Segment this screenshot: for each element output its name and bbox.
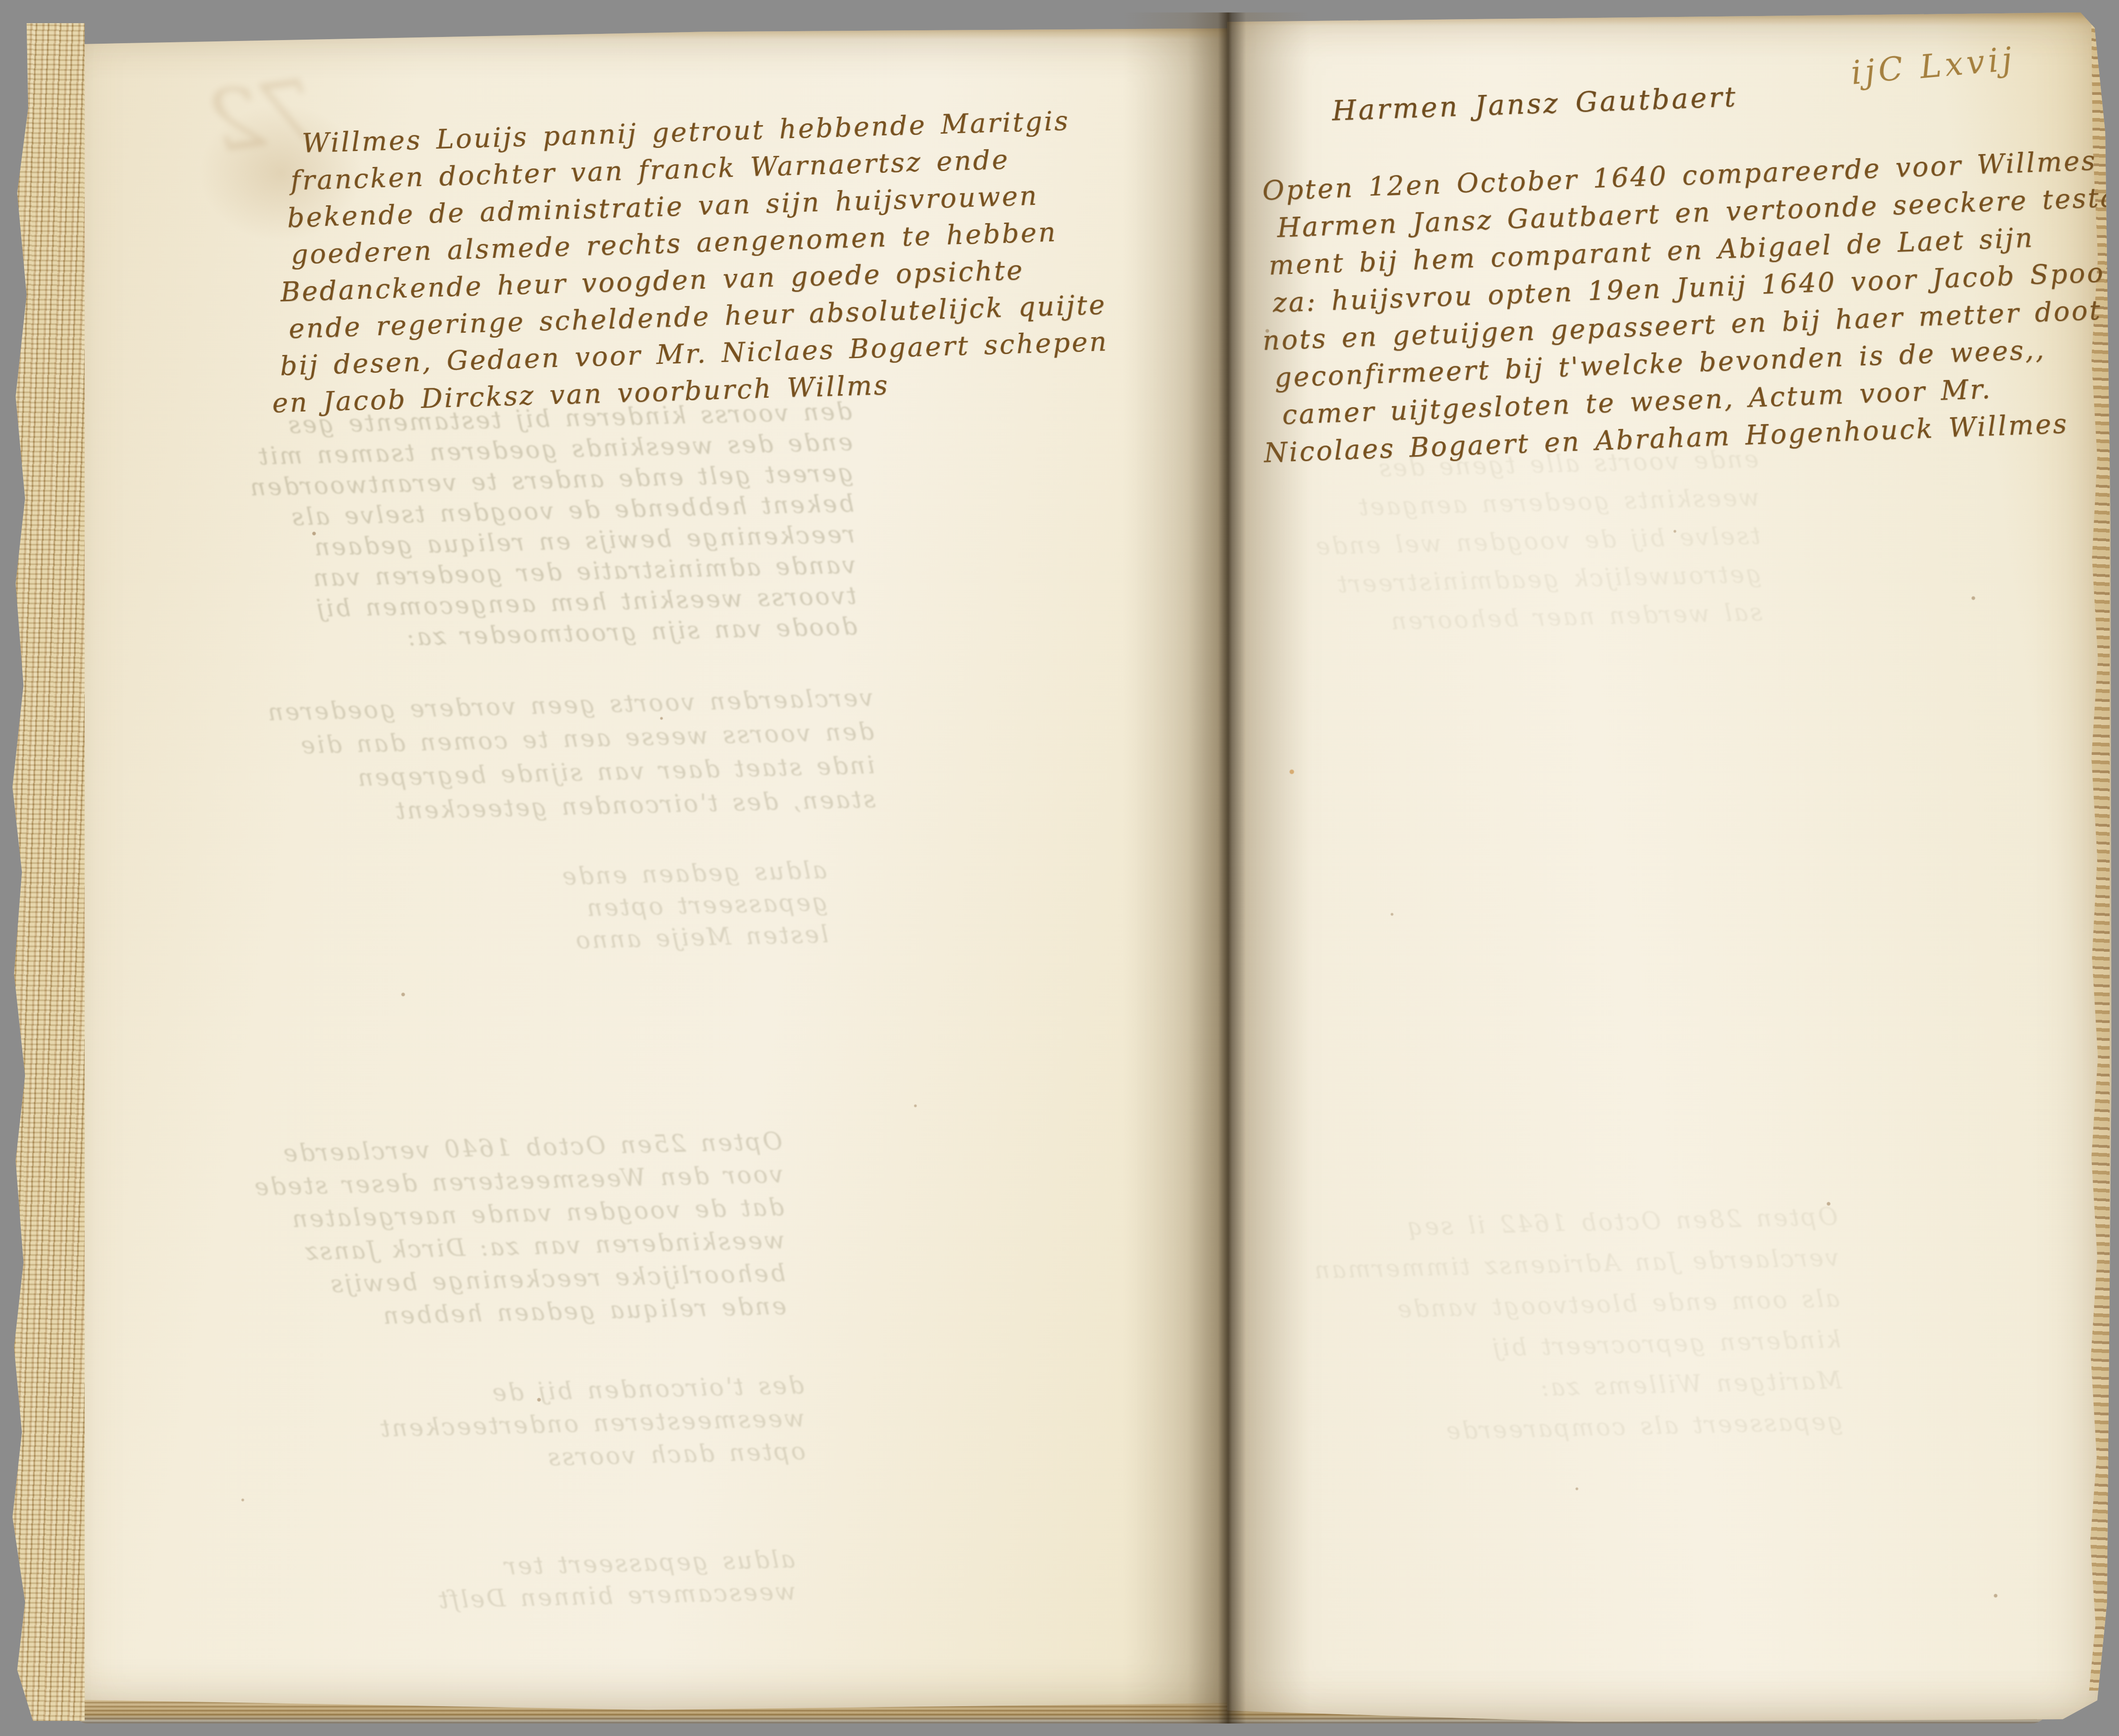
handwritten-line: weescamere binnen Delft xyxy=(437,1575,796,1616)
handwritten-line: behoorlijcke reeckeninge bewijs xyxy=(255,1256,786,1302)
handwritten-line: doode van sijn grootmoeder za: xyxy=(252,611,857,656)
left-page-entry-text: Willmes Louijs pannij getrout hebbende M… xyxy=(281,100,1158,422)
handwritten-line: ende des weeskinds goederen tsamen mit xyxy=(247,426,853,472)
bleedthrough-text: des t'oirconden bij deweesmeesteren onde… xyxy=(377,1369,806,1478)
handwritten-line: reeckeninge bewijs en reliqua gedaen xyxy=(249,518,855,564)
left-page: 72 Willmes Louijs pannij getrout hebbend… xyxy=(67,26,1229,1712)
handwritten-line: weeskinderen van za: Dirck Jansz xyxy=(254,1223,785,1269)
handwritten-line: inde staet daer van sijnde begrepen xyxy=(267,748,875,797)
bleedthrough-text: aldus gedaen endegepasseert optenlesten … xyxy=(560,854,829,957)
handwritten-line: kinderen geprocreert bij xyxy=(1314,1319,1841,1373)
handwritten-line: voor den Weesmeesteren deser stede xyxy=(253,1157,784,1203)
handwritten-line: opten dach voorss xyxy=(379,1434,806,1478)
handwritten-line: des t'oirconden bij de xyxy=(377,1369,804,1412)
handwritten-line: den voorss weese aen te comen dan die xyxy=(266,714,874,763)
bleedthrough-text: verclaerden voorts geen vordere goederen… xyxy=(265,681,876,831)
handwritten-line: Opten 28en Octob 1642 il seq xyxy=(1311,1196,1838,1250)
bleedthrough-text: Opten 25en Octob 1640 verclaerdevoor den… xyxy=(252,1125,787,1336)
bleedthrough-text: den voorss kinderen bij testamente gesen… xyxy=(246,395,857,656)
handwritten-line: Opten 25en Octob 1640 verclaerde xyxy=(252,1125,783,1171)
handwritten-line: verclaerden voorts geen vordere goederen xyxy=(265,681,873,729)
handwritten-line: tselve bij de voogden wel ende xyxy=(1314,517,1761,566)
bleedthrough-text: Opten 28en Octob 1642 il seqverclaerde J… xyxy=(1311,1196,1843,1455)
handwritten-line: tvoorss weeskint hem aengecomen bij xyxy=(251,580,857,625)
handwritten-line: lesten Meije anno xyxy=(562,918,829,957)
right-page-entry-text: Opten 12en October 1640 compareerde voor… xyxy=(1264,141,2119,471)
handwritten-line: gepasseert als compareerde xyxy=(1316,1401,1843,1455)
bleedthrough-text: ende voorts alle tgene desweeskints goed… xyxy=(1312,440,1763,642)
book-fore-edge-stack xyxy=(6,23,85,1721)
handwritten-line: sal werden naer behooren xyxy=(1315,593,1763,642)
manuscript-photo: 72 Willmes Louijs pannij getrout hebbend… xyxy=(0,0,2119,1736)
handwritten-line: vande administratie der goederen van xyxy=(250,549,856,595)
handwritten-line: verclaerde Jan Adriaensz timmerman xyxy=(1312,1237,1839,1291)
handwritten-line: getrouwelijck geadministreert xyxy=(1315,555,1762,604)
entry-header: Harmen Jansz Gautbaert xyxy=(1331,80,1738,127)
handwritten-line: bekent hebbende de voogden tselve als xyxy=(249,488,855,533)
handwritten-line: gereet gelt ende anders te verantwoorden xyxy=(248,457,854,502)
handwritten-line: gepasseert opten xyxy=(561,886,828,925)
handwritten-line: aldus gedaen ende xyxy=(560,854,827,893)
bleedthrough-text: aldus gepasseert terweescamere binnen De… xyxy=(436,1543,796,1616)
handwritten-line: ende reliqua gedaen hebben xyxy=(256,1289,787,1335)
handwritten-line: weesmeesteren onderteeckent xyxy=(378,1402,805,1445)
right-page: Harmen Jansz Gautbaert ijC Lxvij Opten 1… xyxy=(1227,12,2111,1723)
handwritten-line: Maritgen Willems za: xyxy=(1315,1360,1842,1414)
handwritten-line: als oom ende bloetvoogt vande xyxy=(1313,1278,1840,1332)
folio-number: ijC Lxvij xyxy=(1850,40,2017,92)
handwritten-line: staen, des t'oirconden geteeckent xyxy=(268,782,876,831)
handwritten-line: weeskints goederen aengaet xyxy=(1313,478,1760,527)
handwritten-line: dat de voogden vande naergelaten xyxy=(253,1190,784,1236)
handwritten-line: aldus gepasseert ter xyxy=(436,1543,795,1584)
